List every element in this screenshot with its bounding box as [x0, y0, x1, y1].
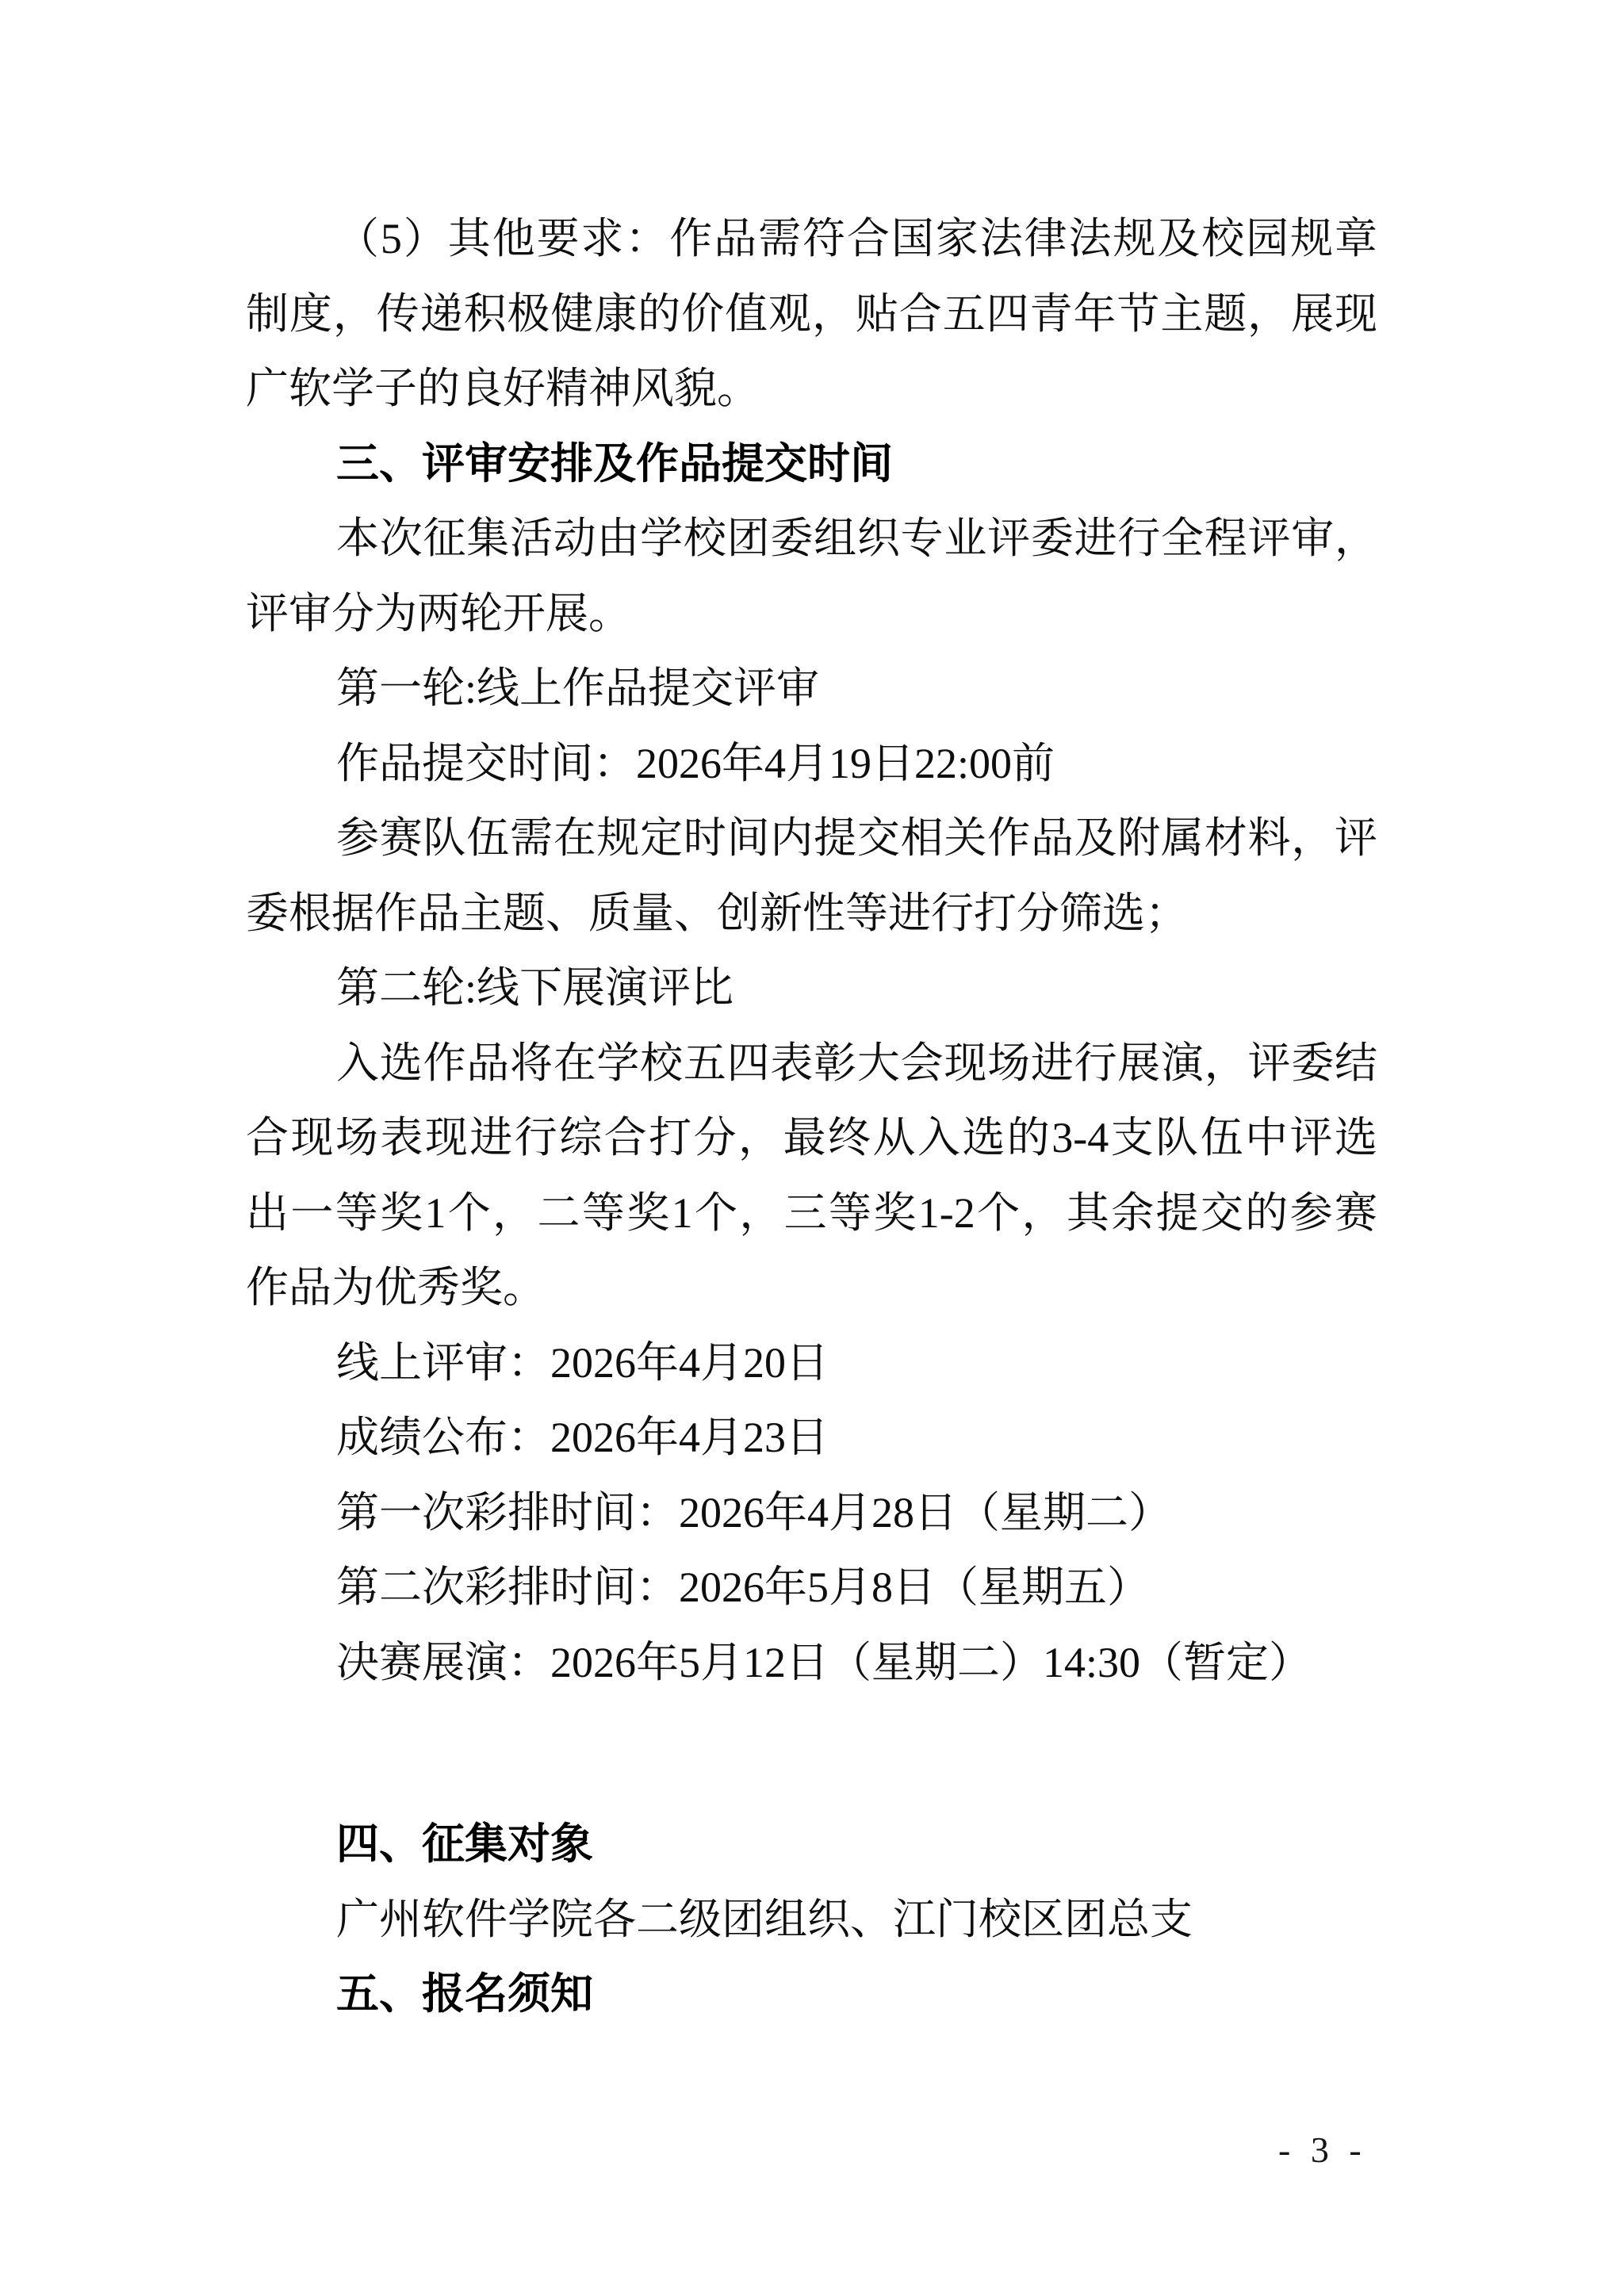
- doc-line-round2-detail-1: 入选作品将在学校五四表彰大会现场进行展演，评委结: [336, 1039, 1377, 1088]
- doc-line-target-groups: 广州软件学院各二级团组织、江门校区团总支: [336, 1895, 1193, 1944]
- section-heading-3-review-schedule: 三、评审安排及作品提交时间: [336, 439, 893, 488]
- document-page: （5）其他要求：作品需符合国家法律法规及校园规章 制度，传递积极健康的价值观，贴…: [0, 0, 1624, 2296]
- doc-line-round2-detail-3: 出一等奖1个，二等奖1个，三等奖1-2个，其余提交的参赛: [246, 1188, 1377, 1238]
- page-number: - 3 -: [1278, 2130, 1367, 2171]
- doc-line-submission-deadline: 作品提交时间：2026年4月19日22:00前: [336, 739, 1055, 788]
- doc-line-other-requirements-1: （5）其他要求：作品需符合国家法律法规及校园规章: [336, 214, 1377, 263]
- doc-line-round1-title: 第一轮:线上作品提交评审: [336, 664, 819, 713]
- doc-line-results-date: 成绩公布：2026年4月23日: [336, 1413, 829, 1462]
- doc-line-other-requirements-2: 制度，传递积极健康的价值观，贴合五四青年节主题，展现: [246, 289, 1377, 339]
- doc-line-rehearsal2-date: 第二次彩排时间：2026年5月8日（星期五）: [336, 1563, 1150, 1612]
- doc-line-rehearsal1-date: 第一次彩排时间：2026年4月28日（星期二）: [336, 1488, 1171, 1537]
- doc-line-review-intro-2: 评审分为两轮开展。: [246, 589, 631, 638]
- section-heading-4-target-groups: 四、征集对象: [336, 1820, 593, 1869]
- doc-line-round2-title: 第二轮:线下展演评比: [336, 963, 733, 1012]
- doc-line-review-intro-1: 本次征集活动由学校团委组织专业评委进行全程评审，: [336, 514, 1377, 563]
- doc-line-other-requirements-3: 广软学子的良好精神风貌。: [246, 364, 760, 413]
- doc-line-round1-detail-1: 参赛队伍需在规定时间内提交相关作品及附属材料，评: [336, 813, 1377, 863]
- doc-line-final-show-date: 决赛展演：2026年5月12日（星期二）14:30（暂定）: [336, 1638, 1312, 1687]
- section-heading-5-registration-notes: 五、报名须知: [336, 1969, 593, 2019]
- doc-line-online-review-date: 线上评审：2026年4月20日: [336, 1338, 829, 1387]
- doc-line-round1-detail-2: 委根据作品主题、质量、创新性等进行打分筛选；: [246, 889, 1188, 938]
- doc-line-round2-detail-4: 作品为优秀奖。: [246, 1263, 546, 1312]
- doc-line-round2-detail-2: 合现场表现进行综合打分，最终从入选的3-4支队伍中评选: [246, 1113, 1377, 1162]
